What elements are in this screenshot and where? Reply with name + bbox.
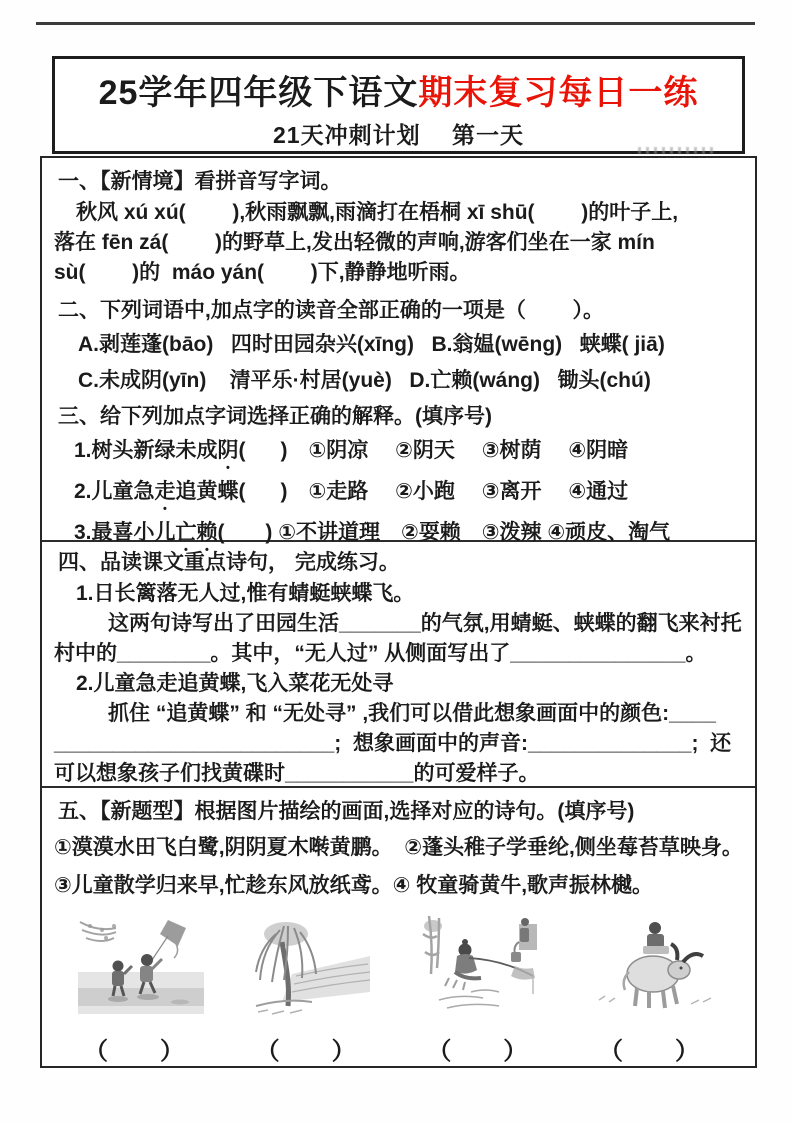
section5-tag: 【新题型】 <box>100 800 195 823</box>
illustration-child-fishing: （ ） <box>417 914 551 1066</box>
question-line: 2.儿童急走追黄蝶,飞入菜花无处寻 <box>54 669 745 699</box>
choice-line: A.剥莲蓬(bāo) 四时田园杂兴(xīng) B.翁媪(wēng) 蛱蝶( j… <box>54 327 745 363</box>
question-line: sù( )的 máo yán( )下,静静地听雨。 <box>54 258 745 288</box>
section1-number: 一、 <box>58 170 100 193</box>
answer-blank: ( ) <box>218 521 279 544</box>
question-line: 1.树头新绿未成阴( ) ①阴凉 ②阴天 ③树荫 ④阴暗 <box>54 433 745 474</box>
ox-rider-illustration-image <box>591 914 721 1019</box>
item-text: 1.树头新绿未成 <box>74 439 218 462</box>
section-1-2-3: 一、【新情境】看拼音写字词。 秋风 xú xú( ),秋雨飘飘,雨滴打在梧桐 x… <box>42 158 755 542</box>
willow-illustration-image <box>252 914 374 1019</box>
emphasized-character: 阴 <box>218 439 239 462</box>
choice-line: C.未成阴(yīn) 清平乐·村居(yuè) D.亡赖(wáng) 锄头(chú… <box>54 363 745 399</box>
answer-parentheses: （ ） <box>246 1031 380 1066</box>
emphasized-character: 走 <box>155 480 176 503</box>
illustration-children-flying-kite: （ ） <box>74 914 208 1066</box>
item-text: 2.儿童急 <box>74 480 155 503</box>
illustration-willow-tree-by-field: （ ） <box>246 914 380 1066</box>
verse-line: ①漠漠水田飞白鹭,阴阴夏木啭黄鹏。 ②蓬头稚子学垂纶,侧坐莓苔草映身。 <box>54 830 745 866</box>
section1-heading: 一、【新情境】看拼音写字词。 <box>54 166 745 198</box>
worksheet-body: 一、【新情境】看拼音写字词。 秋风 xú xú( ),秋雨飘飘,雨滴打在梧桐 x… <box>40 156 757 1068</box>
section-5: 五、【新题型】根据图片描绘的画面,选择对应的诗句。(填序号) ①漠漠水田飞白鹭,… <box>42 788 755 1068</box>
answer-parentheses: （ ） <box>589 1031 723 1066</box>
question-line: 这两句诗写出了田园生活_______的气氛,用蜻蜓、蛱蝶的翻飞来衬托 <box>54 609 745 639</box>
answer-blank: ( ) <box>239 439 309 462</box>
question-line: 村中的________。其中，“无人过” 从侧面写出了_____________… <box>54 639 745 669</box>
choices-text: ①不讲道理 ②耍赖 ③泼辣 ④顽皮、淘气 <box>278 521 670 544</box>
answer-parentheses: （ ） <box>74 1031 208 1066</box>
answer-blank: 追黄蝶( ) <box>176 480 309 503</box>
answer-parentheses: （ ） <box>417 1031 551 1066</box>
question-line: 可以想象孩子们找黄碟时___________的可爱样子。 <box>54 759 745 789</box>
title-box: 25学年四年级下语文期末复习每日一练 21天冲刺计划 第一天 <box>52 56 745 154</box>
item-text: 3.最喜小儿 <box>74 521 176 544</box>
page-top-rule <box>36 22 755 25</box>
question-line: ________________________; 想象画面中的声音:_____… <box>54 729 745 759</box>
question-line: 落在 fēn zá( )的野草上,发出轻微的声响,游客们坐在一家 mín <box>54 228 745 258</box>
section5-instruction: 根据图片描绘的画面,选择对应的诗句。(填序号) <box>195 800 635 823</box>
illustration-boy-riding-ox: （ ） <box>589 914 723 1066</box>
choices-text: ①阴凉 ②阴天 ③树荫 ④阴暗 <box>309 439 629 462</box>
page-subtitle: 21天冲刺计划 第一天 <box>55 117 742 150</box>
emphasized-character: 亡赖 <box>176 521 218 544</box>
scan-artifact-marks <box>638 147 716 154</box>
section2-heading: 二、下列词语中,加点字的读音全部正确的一项是（ ）。 <box>54 295 745 327</box>
question-line: 秋风 xú xú( ),秋雨飘飘,雨滴打在梧桐 xī shū( )的叶子上, <box>54 198 745 228</box>
kite-illustration-image <box>76 914 206 1019</box>
section-4: 四、品读课文重点诗句， 完成练习。 1.日长篱落无人过,惟有蜻蜓蛱蝶飞。 这两句… <box>42 542 755 788</box>
question-line: 2.儿童急走追黄蝶( ) ①走路 ②小跑 ③离开 ④通过 <box>54 474 745 515</box>
title-black-part: 25学年四年级下语文 <box>99 74 419 112</box>
title-red-part: 期末复习每日一练 <box>418 74 698 112</box>
section5-number: 五、 <box>58 800 100 823</box>
verse-line: ③儿童散学归来早,忙趁东风放纸鸢。④ 牧童骑黄牛,歌声振林樾。 <box>54 868 745 904</box>
illustration-row: （ ） <box>54 914 745 1066</box>
section5-heading: 五、【新题型】根据图片描绘的画面,选择对应的诗句。(填序号) <box>54 796 745 828</box>
question-line: 抓住 “追黄蝶” 和 “无处寻” ,我们可以借此想象画面中的颜色:____ <box>54 699 745 729</box>
question-line: 1.日长篱落无人过,惟有蜻蜓蛱蝶飞。 <box>54 579 745 609</box>
page-title: 25学年四年级下语文期末复习每日一练 <box>55 65 742 114</box>
choices-text: ①走路 ②小跑 ③离开 ④通过 <box>309 480 629 503</box>
section1-instruction: 看拼音写字词。 <box>195 170 342 193</box>
fishing-illustration-image <box>419 914 549 1019</box>
section1-tag: 【新情境】 <box>100 170 195 193</box>
section3-heading: 三、给下列加点字词选择正确的解释。(填序号) <box>54 401 745 433</box>
